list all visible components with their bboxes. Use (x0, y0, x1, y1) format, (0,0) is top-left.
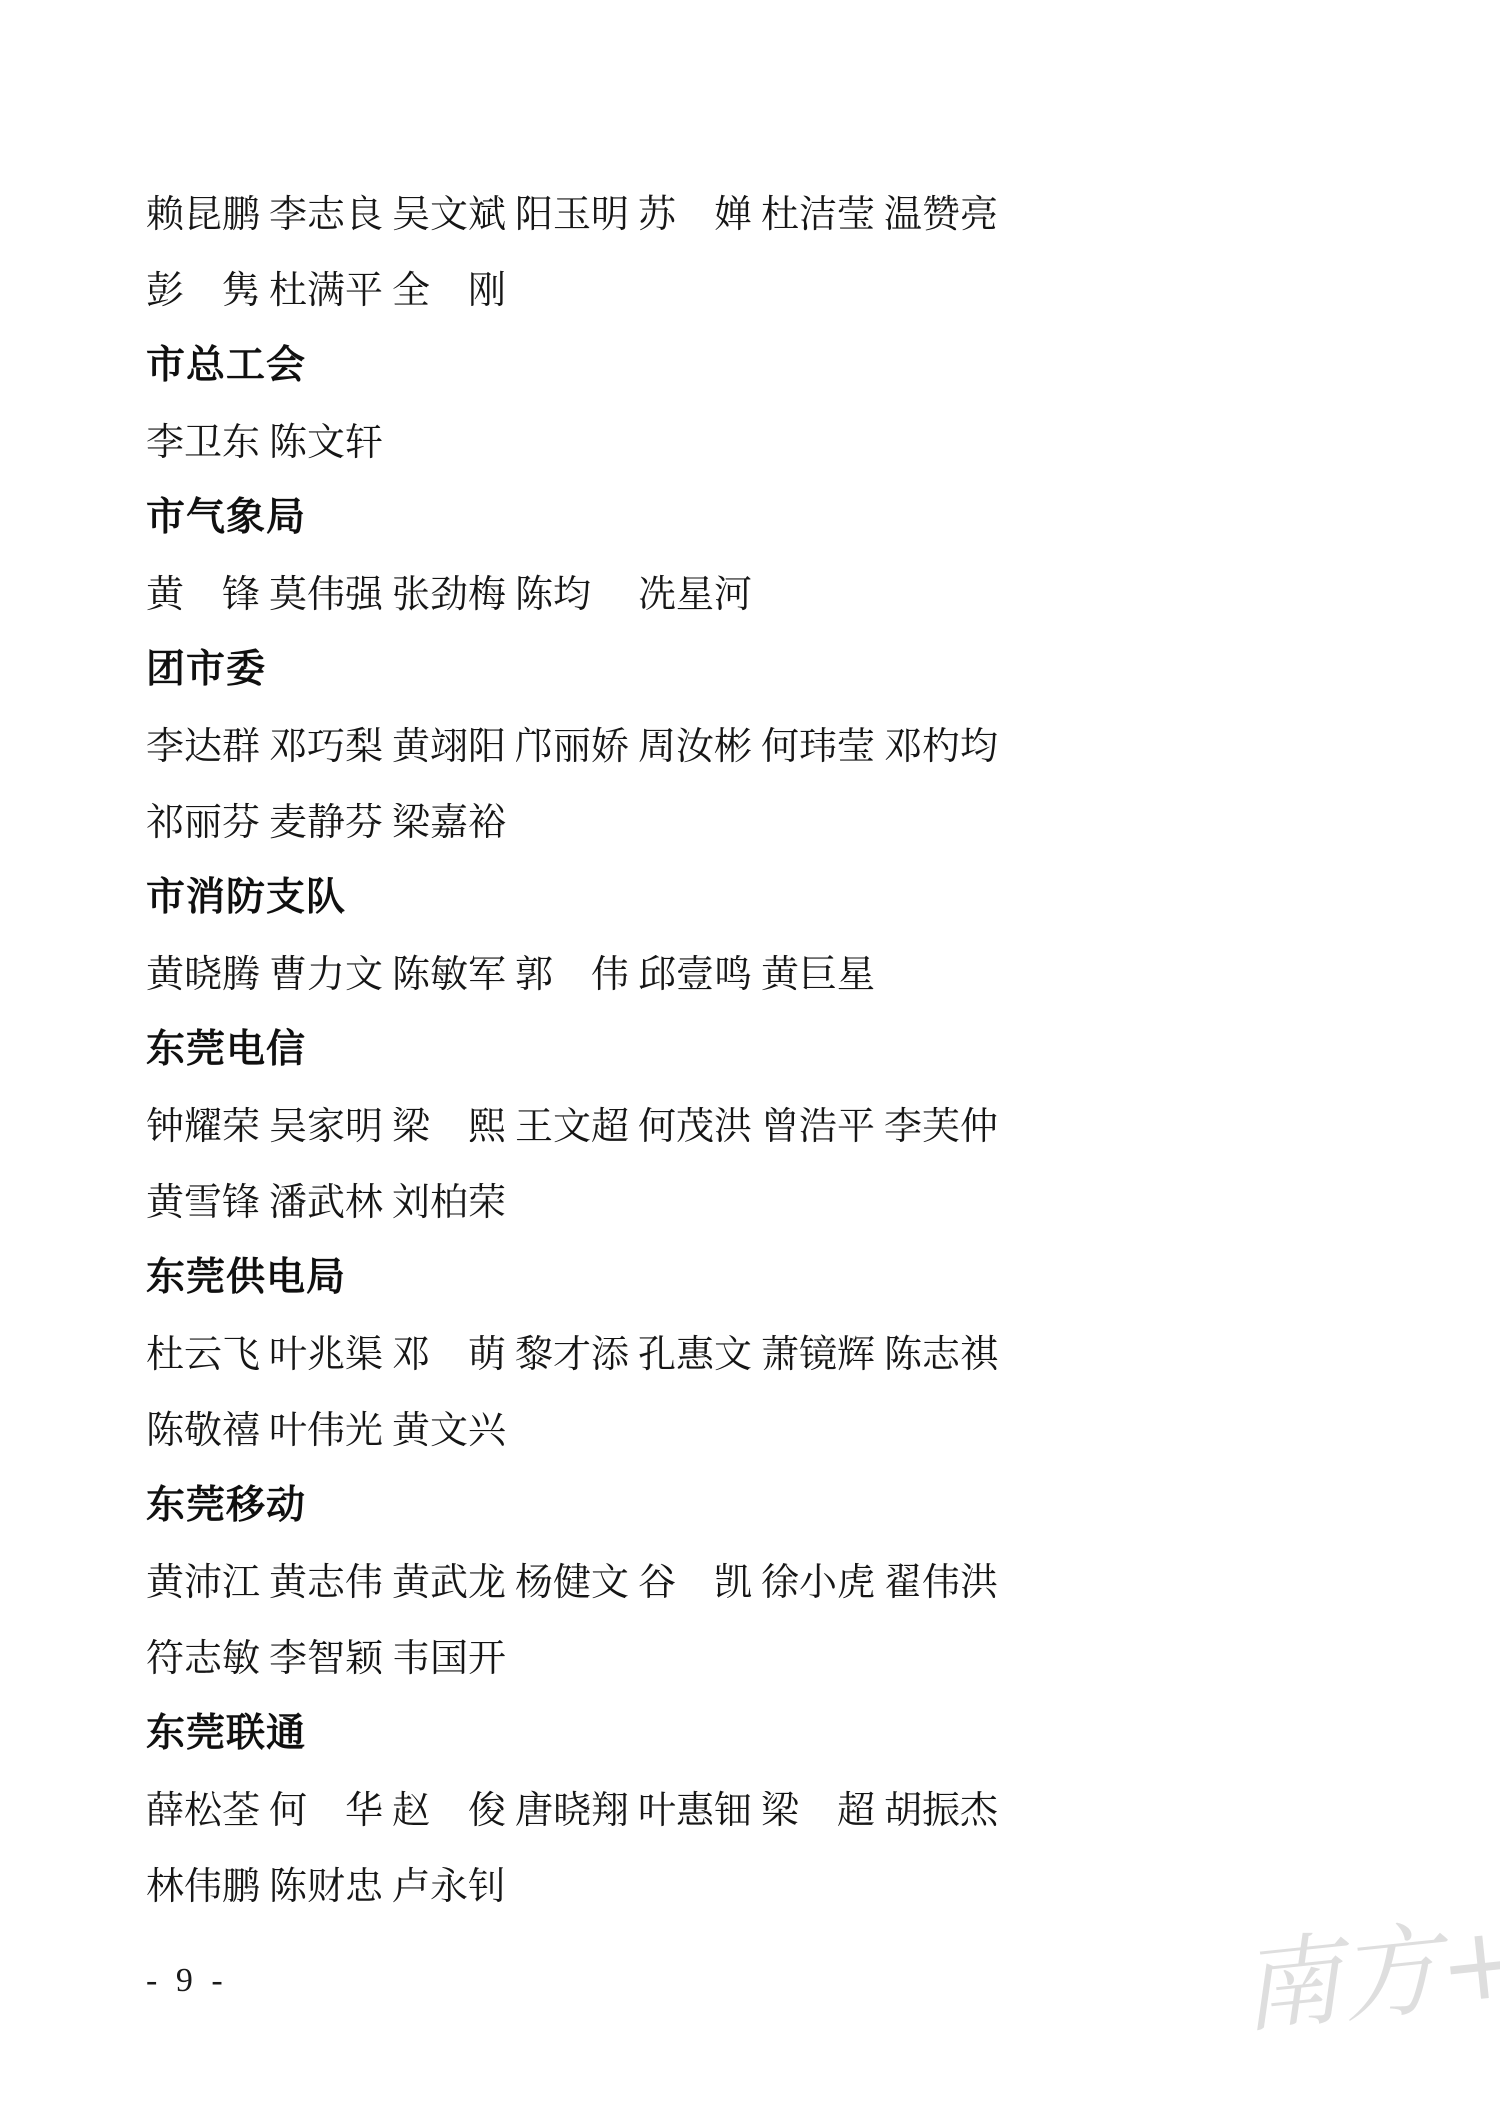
person-name: 徐小虎 (761, 1551, 875, 1606)
person-name: 陈敬禧 (146, 1399, 260, 1454)
section-title: 市消防支队 (146, 856, 1386, 932)
person-name: 李志良 (269, 183, 383, 238)
person-name: 梁 超 (761, 1779, 875, 1834)
person-name: 何 华 (269, 1779, 383, 1834)
person-name: 何茂洪 (638, 1095, 752, 1150)
person-name: 曾浩平 (761, 1095, 875, 1150)
person-name: 杨健文 (515, 1551, 629, 1606)
person-name: 杜满平 (269, 259, 383, 314)
person-name: 黄武龙 (392, 1551, 506, 1606)
section-title: 东莞移动 (146, 1464, 1386, 1540)
name-row: 李卫东陈文轩 (146, 400, 1386, 476)
person-name: 邓 萌 (392, 1323, 506, 1378)
name-row: 陈敬禧叶伟光黄文兴 (146, 1388, 1386, 1464)
person-name: 赵 俊 (392, 1779, 506, 1834)
person-name: 卢永钊 (392, 1855, 506, 1910)
person-name: 林伟鹏 (146, 1855, 260, 1910)
person-name: 莫伟强 (269, 563, 383, 618)
person-name: 黄志伟 (269, 1551, 383, 1606)
name-row: 黄雪锋潘武林刘柏荣 (146, 1160, 1386, 1236)
person-name: 陈志祺 (884, 1323, 998, 1378)
person-name: 刘柏荣 (392, 1171, 506, 1226)
person-name: 全 刚 (392, 259, 506, 314)
person-name: 吴文斌 (392, 183, 506, 238)
person-name: 潘武林 (269, 1171, 383, 1226)
person-name: 黎才添 (515, 1323, 629, 1378)
person-name: 陈文轩 (269, 411, 383, 466)
person-name: 李达群 (146, 715, 260, 770)
name-row: 林伟鹏陈财忠卢永钊 (146, 1844, 1386, 1920)
scanned-document-page: 赖昆鹏李志良吴文斌阳玉明苏 婵杜洁莹温赞亮彭 隽杜满平全 刚市总工会李卫东陈文轩… (0, 0, 1500, 2117)
name-row: 彭 隽杜满平全 刚 (146, 248, 1386, 324)
name-row: 钟耀荣吴家明梁 熙王文超何茂洪曾浩平李芙仲 (146, 1084, 1386, 1160)
section-title: 东莞联通 (146, 1692, 1386, 1768)
section-title: 东莞供电局 (146, 1236, 1386, 1312)
person-name: 黄沛江 (146, 1551, 260, 1606)
person-name: 吴家明 (269, 1095, 383, 1150)
page-number: - 9 - (146, 1962, 228, 2000)
person-name: 麦静芬 (269, 791, 383, 846)
section-title: 市总工会 (146, 324, 1386, 400)
name-row: 杜云飞叶兆渠邓 萌黎才添孔惠文萧镜辉陈志祺 (146, 1312, 1386, 1388)
person-name: 何玮莹 (761, 715, 875, 770)
person-name: 曹力文 (269, 943, 383, 998)
person-name: 邓杓均 (884, 715, 998, 770)
person-name: 钟耀荣 (146, 1095, 260, 1150)
person-name: 陈敏军 (392, 943, 506, 998)
person-name: 邝丽娇 (515, 715, 629, 770)
section-title: 团市委 (146, 628, 1386, 704)
name-row: 薛松荃何 华赵 俊唐晓翔叶惠钿梁 超胡振杰 (146, 1768, 1386, 1844)
person-name: 孔惠文 (638, 1323, 752, 1378)
person-name: 叶兆渠 (269, 1323, 383, 1378)
person-name: 冼星河 (638, 563, 752, 618)
person-name: 叶惠钿 (638, 1779, 752, 1834)
person-name: 祁丽芬 (146, 791, 260, 846)
person-name: 温赞亮 (884, 183, 998, 238)
person-name: 陈均 (515, 563, 629, 618)
person-name: 黄翊阳 (392, 715, 506, 770)
name-row: 黄晓腾曹力文陈敏军郭 伟邱壹鸣黄巨星 (146, 932, 1386, 1008)
section-title: 市气象局 (146, 476, 1386, 552)
person-name: 李芙仲 (884, 1095, 998, 1150)
person-name: 黄晓腾 (146, 943, 260, 998)
name-row: 李达群邓巧梨黄翊阳邝丽娇周汝彬何玮莹邓杓均 (146, 704, 1386, 780)
person-name: 唐晓翔 (515, 1779, 629, 1834)
name-row: 赖昆鹏李志良吴文斌阳玉明苏 婵杜洁莹温赞亮 (146, 172, 1386, 248)
name-row: 黄 锋莫伟强张劲梅陈均冼星河 (146, 552, 1386, 628)
person-name: 杜洁莹 (761, 183, 875, 238)
person-name: 谷 凯 (638, 1551, 752, 1606)
person-name: 陈财忠 (269, 1855, 383, 1910)
nanfang-plus-watermark: 南方+ (1235, 1905, 1500, 2044)
person-name: 彭 隽 (146, 259, 260, 314)
person-name: 黄雪锋 (146, 1171, 260, 1226)
person-name: 翟伟洪 (884, 1551, 998, 1606)
person-name: 周汝彬 (638, 715, 752, 770)
person-name: 梁嘉裕 (392, 791, 506, 846)
person-name: 萧镜辉 (761, 1323, 875, 1378)
person-name: 张劲梅 (392, 563, 506, 618)
person-name: 李智颖 (269, 1627, 383, 1682)
name-row: 符志敏李智颖韦国开 (146, 1616, 1386, 1692)
person-name: 李卫东 (146, 411, 260, 466)
person-name: 胡振杰 (884, 1779, 998, 1834)
person-name: 韦国开 (392, 1627, 506, 1682)
person-name: 黄文兴 (392, 1399, 506, 1454)
document-body: 赖昆鹏李志良吴文斌阳玉明苏 婵杜洁莹温赞亮彭 隽杜满平全 刚市总工会李卫东陈文轩… (146, 172, 1386, 1920)
name-row: 祁丽芬麦静芬梁嘉裕 (146, 780, 1386, 856)
person-name: 梁 熙 (392, 1095, 506, 1150)
person-name: 苏 婵 (638, 183, 752, 238)
person-name: 邓巧梨 (269, 715, 383, 770)
name-row: 黄沛江黄志伟黄武龙杨健文谷 凯徐小虎翟伟洪 (146, 1540, 1386, 1616)
person-name: 杜云飞 (146, 1323, 260, 1378)
section-title: 东莞电信 (146, 1008, 1386, 1084)
person-name: 叶伟光 (269, 1399, 383, 1454)
person-name: 赖昆鹏 (146, 183, 260, 238)
person-name: 黄 锋 (146, 563, 260, 618)
person-name: 郭 伟 (515, 943, 629, 998)
person-name: 符志敏 (146, 1627, 260, 1682)
person-name: 阳玉明 (515, 183, 629, 238)
person-name: 薛松荃 (146, 1779, 260, 1834)
person-name: 黄巨星 (761, 943, 875, 998)
person-name: 邱壹鸣 (638, 943, 752, 998)
person-name: 王文超 (515, 1095, 629, 1150)
